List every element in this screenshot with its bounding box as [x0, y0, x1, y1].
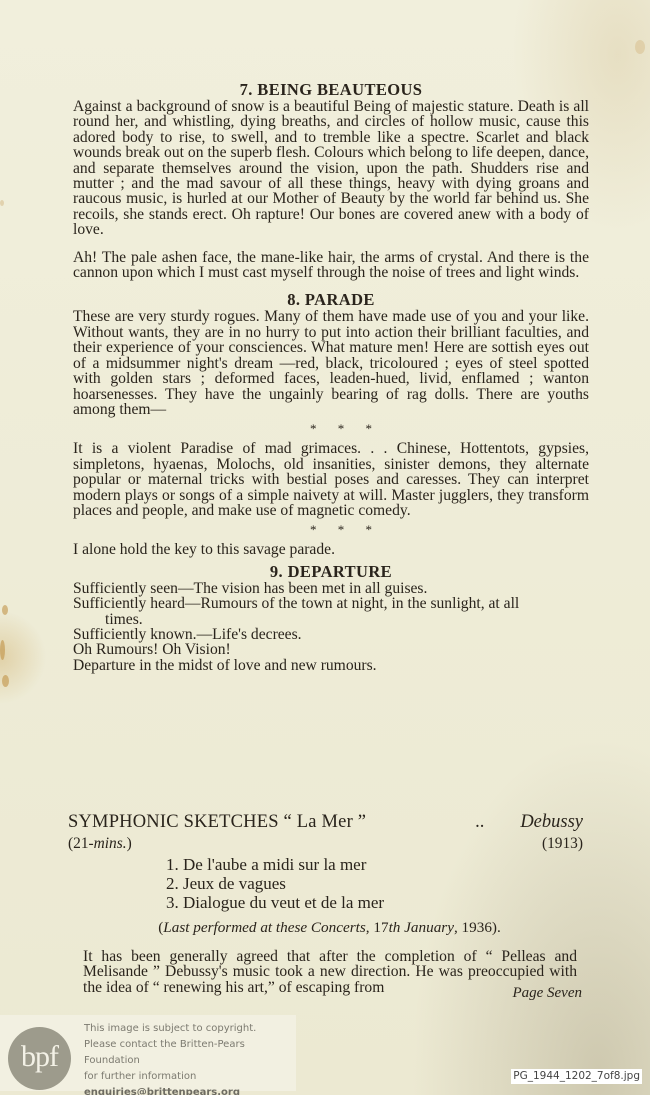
section-separator: * * *: [73, 417, 589, 441]
movement-item: 2. Jeux de vagues: [166, 874, 583, 893]
copyright-line: for further information: [84, 1069, 296, 1085]
leader-dots: ..: [475, 812, 484, 833]
work-meta-row: (21-mins.) (1913): [68, 835, 583, 853]
bpf-logo-icon: bpf: [8, 1027, 71, 1090]
poem-paragraph: These are very sturdy rogues. Many of th…: [73, 309, 589, 417]
movement-list: 1. De l'aube a midi sur la mer 2. Jeux d…: [166, 855, 583, 912]
stain-mark: [2, 605, 8, 615]
copyright-line: This image is subject to copyright.: [84, 1021, 296, 1037]
poem-line: Sufficiently heard—Rumours of the town a…: [73, 596, 589, 611]
poem-heading-being-beauteous: 7. BEING BEAUTEOUS: [73, 80, 589, 99]
poem-line: Sufficiently known.—Life's decrees.: [73, 627, 589, 642]
poem-line: Sufficiently seen—The vision has been me…: [73, 581, 589, 596]
document-body: 7. BEING BEAUTEOUS Against a background …: [73, 80, 589, 673]
work-year: (1913): [542, 835, 583, 853]
last-performed-note: (Last performed at these Concerts, 17th …: [68, 919, 583, 937]
poem-paragraph: Against a background of snow is a beauti…: [73, 99, 589, 238]
poem-heading-departure: 9. DEPARTURE: [73, 562, 589, 581]
poem-paragraph: I alone hold the key to this savage para…: [73, 542, 589, 557]
copyright-text: This image is subject to copyright. Plea…: [84, 1021, 296, 1095]
poem-line: times.: [73, 612, 589, 627]
programme-notes: It has been generally agreed that after …: [68, 949, 583, 995]
stain-mark: [635, 40, 645, 54]
movement-item: 1. De l'aube a midi sur la mer: [166, 855, 583, 874]
composer-name: Debussy: [520, 812, 583, 833]
copyright-watermark: bpf This image is subject to copyright. …: [0, 1015, 296, 1091]
work-duration: (21-mins.): [68, 835, 132, 853]
work-title: SYMPHONIC SKETCHES “ La Mer ”: [68, 812, 366, 833]
copyright-line: Please contact the Britten-Pears Foundat…: [84, 1037, 296, 1069]
poem-line: Oh Rumours! Oh Vision!: [73, 642, 589, 657]
stain-mark: [2, 675, 9, 687]
movement-item: 3. Dialogue du veut et de la mer: [166, 893, 583, 912]
section-separator: * * *: [73, 518, 589, 542]
filename-label: PG_1944_1202_7of8.jpg: [511, 1069, 642, 1084]
page-number: Page Seven: [512, 985, 582, 1002]
poem-line: Departure in the midst of love and new r…: [73, 658, 589, 673]
program-work-entry: SYMPHONIC SKETCHES “ La Mer ” .. Debussy…: [68, 812, 583, 1011]
stain-mark: [0, 200, 4, 206]
poem-paragraph: Ah! The pale ashen face, the mane-like h…: [73, 250, 589, 281]
work-title-row: SYMPHONIC SKETCHES “ La Mer ” .. Debussy: [68, 812, 583, 836]
email-link[interactable]: enquiries@brittenpears.org: [84, 1085, 296, 1095]
poem-paragraph: It is a violent Paradise of mad grimaces…: [73, 441, 589, 518]
poem-heading-parade: 8. PARADE: [73, 290, 589, 309]
stain-mark: [0, 640, 5, 660]
